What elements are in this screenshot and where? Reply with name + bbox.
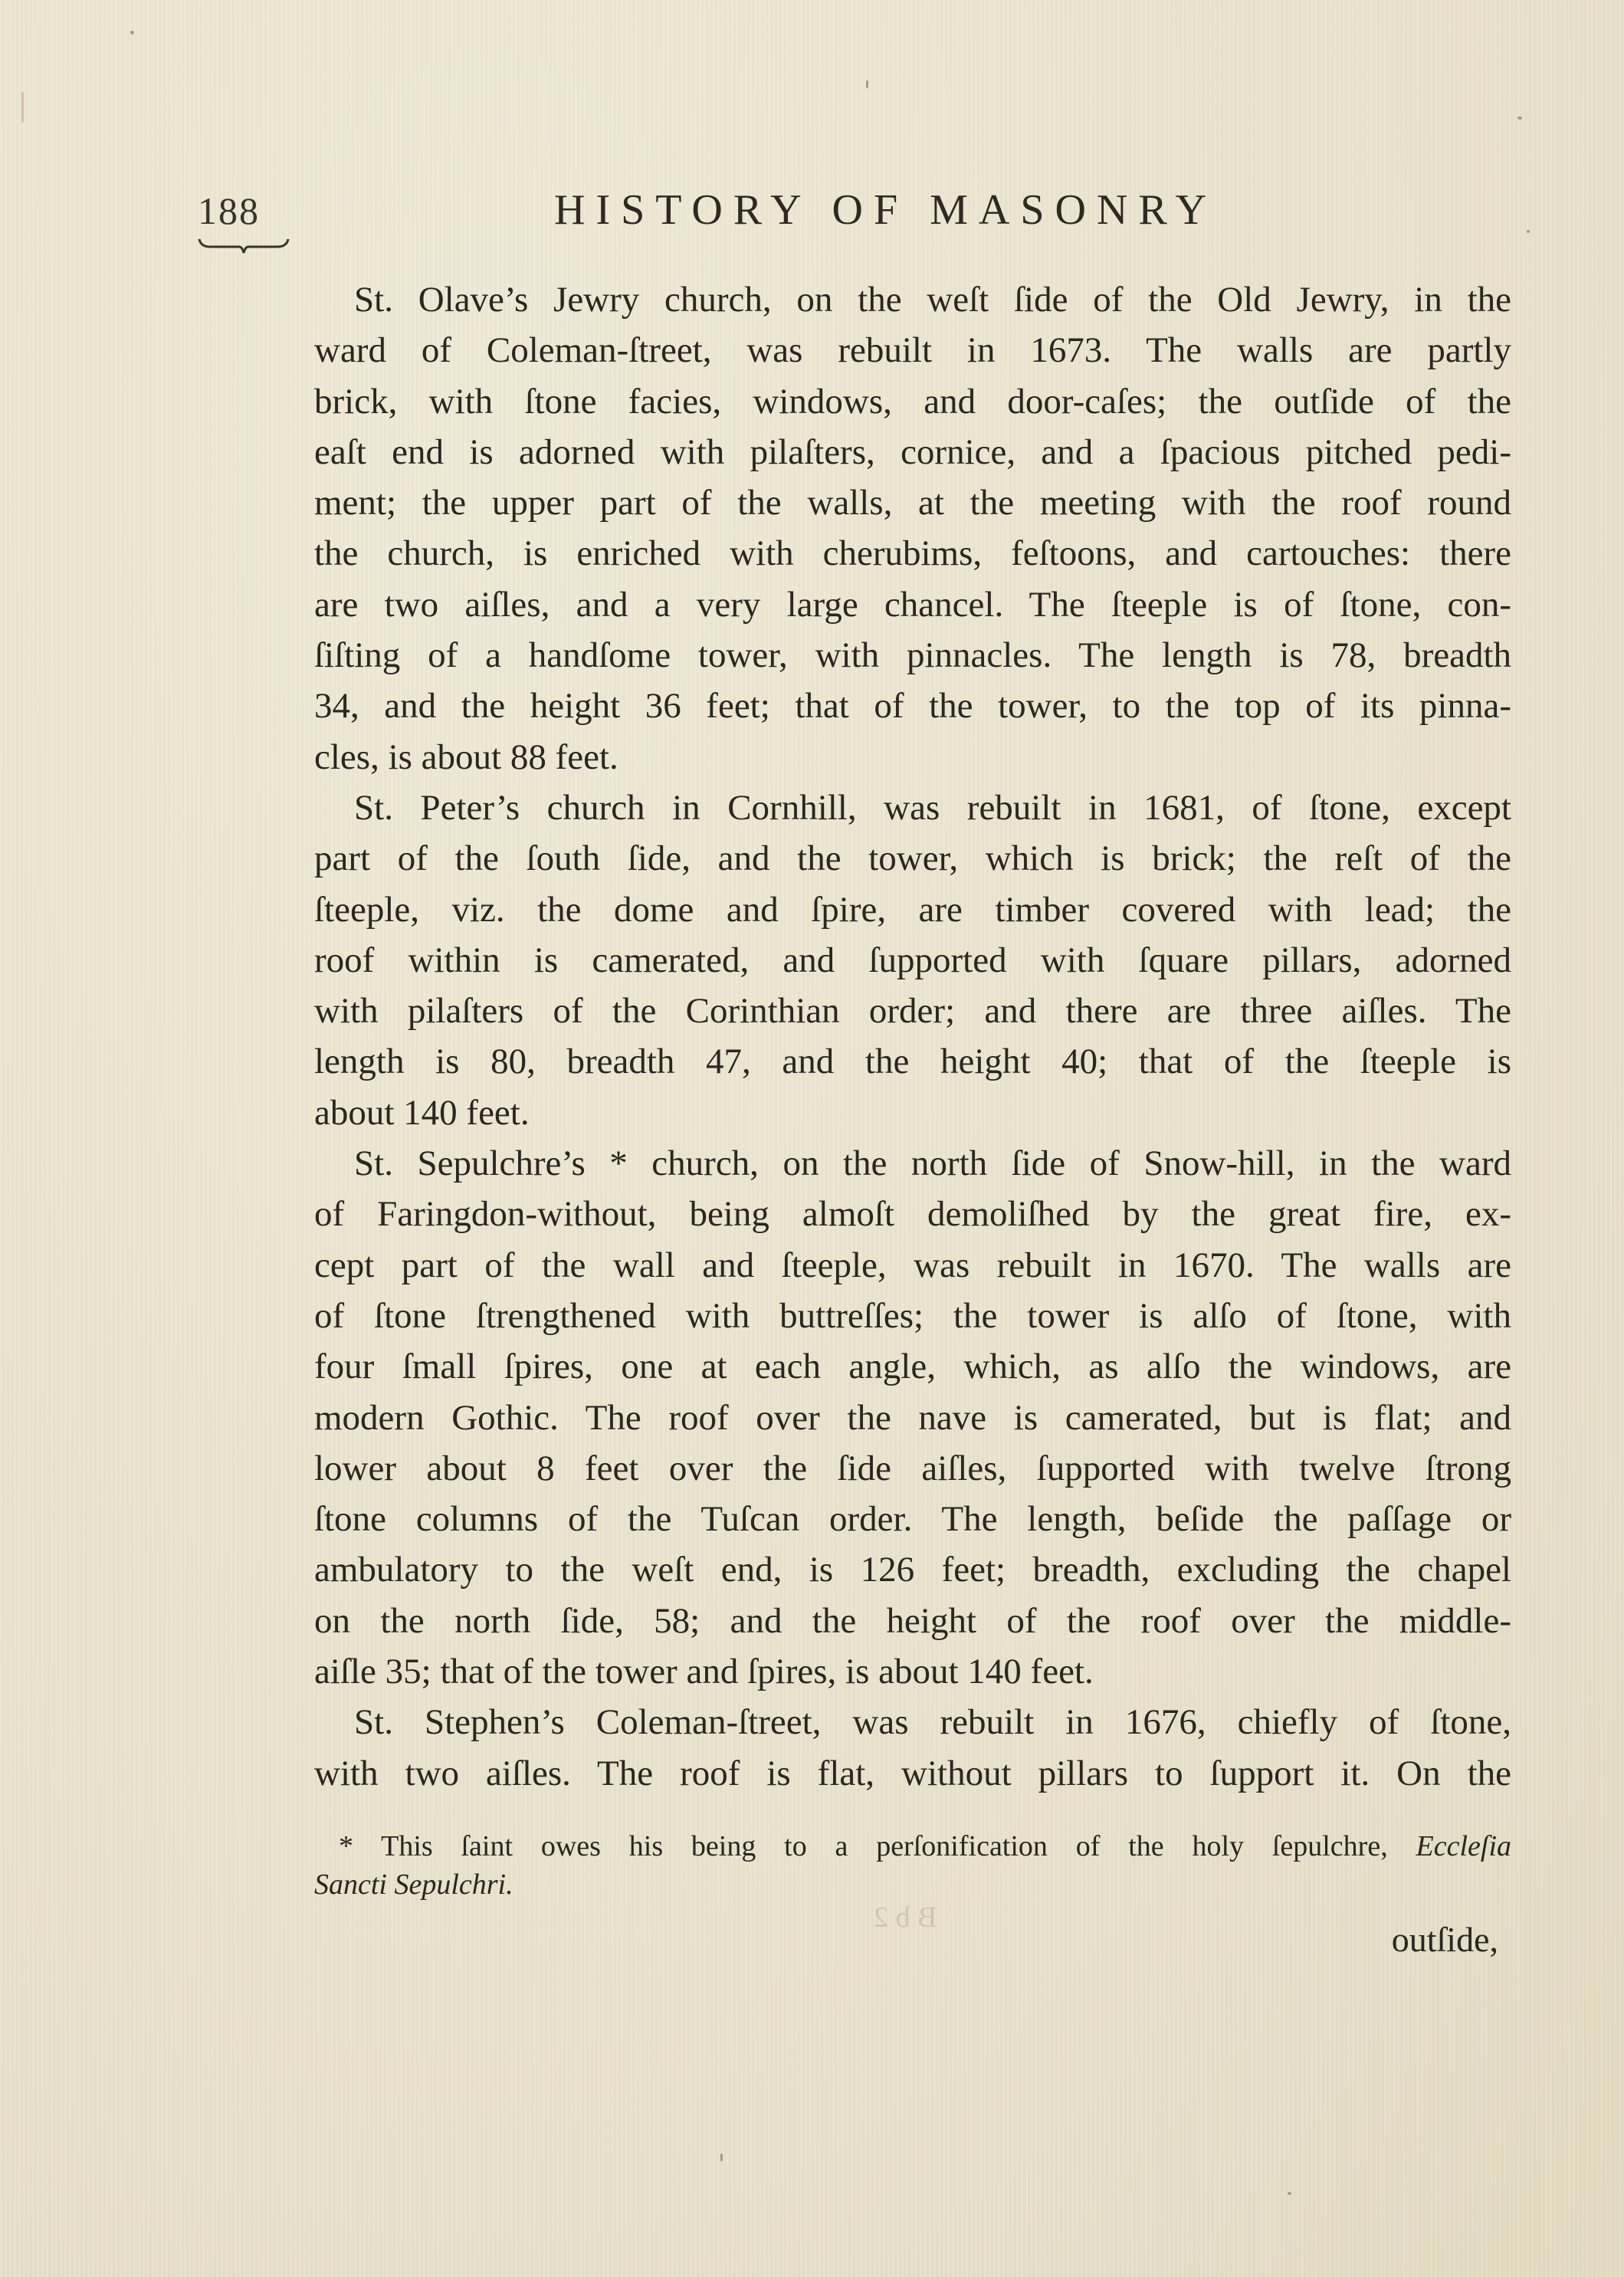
text-line: lower about 8 feet over the ſide aiſles,… [314, 1443, 1511, 1494]
text-line: on the north ſide, 58; and the height of… [314, 1596, 1511, 1646]
text-line: the church, is enriched with cherubims, … [314, 528, 1511, 579]
text-line: ment; the upper part of the walls, at th… [314, 477, 1511, 528]
paper-speck [866, 80, 868, 88]
text-line: of Faringdon-without, being almoſt demol… [314, 1189, 1511, 1239]
paragraph-st-stephen: St. Stephen’s Coleman-ſtreet, was rebuil… [314, 1697, 1511, 1799]
text-line: with pilaſters of the Corinthian order; … [314, 986, 1511, 1036]
text-line: brick, with ſtone facies, windows, and d… [314, 376, 1511, 427]
running-head: 188 HISTORY OF MASONRY [198, 182, 1501, 244]
text-line: St. Stephen’s Coleman-ſtreet, was rebuil… [314, 1697, 1511, 1747]
signature-mark-show-through: B b 2 [874, 1901, 937, 1934]
text-line: modern Gothic. The roof over the nave is… [314, 1393, 1511, 1443]
paper-speck [21, 92, 24, 123]
footnote-line: * This ſaint owes his being to a perſoni… [314, 1827, 1511, 1865]
footnote-text: * This ſaint owes his being to a perſoni… [339, 1830, 1416, 1862]
text-line: aiſle 35; that of the tower and ſpires, … [314, 1646, 1511, 1697]
paper-speck [1527, 230, 1530, 233]
paragraph-st-olave: St. Olave’s Jewry church, on the weſt ſi… [314, 274, 1511, 783]
page-number: 188 [198, 189, 260, 233]
brace-ornament-icon [198, 238, 290, 254]
running-title: HISTORY OF MASONRY [554, 185, 1217, 235]
text-line: ſtone columns of the Tuſcan order. The l… [314, 1494, 1511, 1544]
text-line: ambulatory to the weſt end, is 126 feet;… [314, 1544, 1511, 1595]
paper-speck [1517, 116, 1522, 120]
paragraph-st-peter: St. Peter’s church in Cornhill, was rebu… [314, 783, 1511, 1138]
text-line: St. Peter’s church in Cornhill, was rebu… [314, 783, 1511, 833]
paper-speck [720, 2154, 723, 2161]
text-line: cept part of the wall and ſteeple, was r… [314, 1240, 1511, 1291]
paper-speck [130, 31, 134, 34]
body-text: St. Olave’s Jewry church, on the weſt ſi… [314, 274, 1511, 1799]
paper-speck [1288, 2192, 1291, 2195]
text-line: eaſt end is adorned with pilaſters, corn… [314, 427, 1511, 477]
paragraph-st-sepulchre: St. Sepulchre’s * church, on the north ſ… [314, 1138, 1511, 1697]
text-line: ſiſting of a handſome tower, with pinnac… [314, 630, 1511, 681]
text-line: ward of Coleman-ſtreet, was rebuilt in 1… [314, 325, 1511, 376]
text-line: about 140 feet. [314, 1088, 1511, 1138]
text-line: 34, and the height 36 feet; that of the … [314, 681, 1511, 731]
text-line: St. Sepulchre’s * church, on the north ſ… [314, 1138, 1511, 1189]
text-line: ſteeple, viz. the dome and ſpire, are ti… [314, 884, 1511, 935]
footnote-line: Sancti Sepulchri. [314, 1865, 1511, 1904]
text-line: are two aiſles, and a very large chancel… [314, 579, 1511, 630]
text-line: of ſtone ſtrengthened with buttreſſes; t… [314, 1291, 1511, 1341]
text-line: with two aiſles. The roof is flat, witho… [314, 1748, 1511, 1799]
catchword: outſide, [1392, 1919, 1498, 1960]
footnote-italic: Sancti Sepulchri. [314, 1869, 513, 1901]
text-line: four ſmall ſpires, one at each angle, wh… [314, 1341, 1511, 1392]
footnote-italic: Eccleſia [1416, 1830, 1511, 1862]
book-page: 188 HISTORY OF MASONRY St. Olave’s Jewry… [0, 0, 1624, 2277]
text-line: length is 80, breadth 47, and the height… [314, 1036, 1511, 1087]
text-line: part of the ſouth ſide, and the tower, w… [314, 833, 1511, 884]
text-line: roof within is camerated, and ſupported … [314, 935, 1511, 986]
footnote: * This ſaint owes his being to a perſoni… [314, 1827, 1511, 1904]
text-line: cles, is about 88 feet. [314, 732, 1511, 783]
text-line: St. Olave’s Jewry church, on the weſt ſi… [314, 274, 1511, 325]
